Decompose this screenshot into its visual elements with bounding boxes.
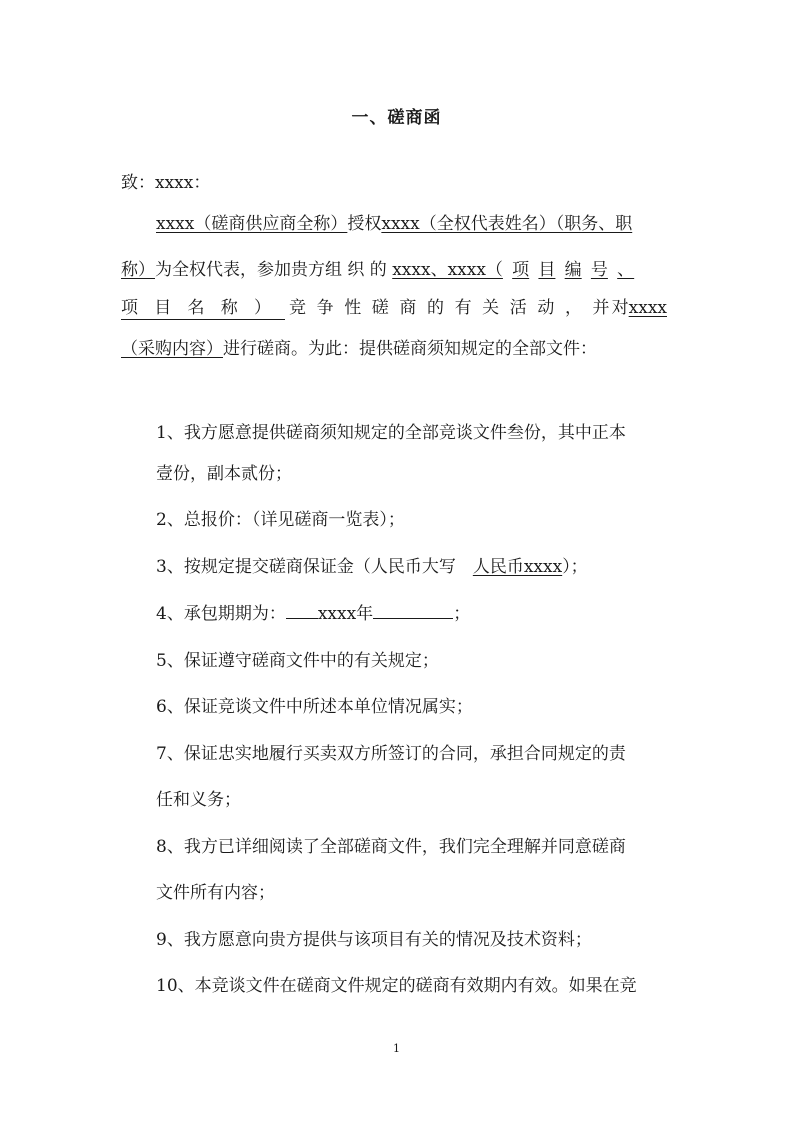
item-10-line-1: 10、本竞谈文件在磋商文件规定的磋商有效期内有效。如果在竞 [156,975,637,997]
intro-text-justified: 竞 争 性 磋 商 的 有 关 活 动 ， 并 [289,297,610,319]
supplier-name-field: xxxx（磋商供应商全称） [156,214,347,234]
item-1-line-1: 1、我方愿意提供磋商须知规定的全部竞谈文件叁份，其中正本 [156,422,626,444]
item-1-line-2: 壹份，副本贰份； [156,463,292,485]
representative-field-end: 称） [121,260,155,280]
item-7-line-2: 任和义务； [156,789,241,811]
project-char: 目 [154,297,171,319]
text-char: 动 [537,297,554,319]
text-char: 商 [399,297,416,319]
intro-line-1: xxxx（磋商供应商全称）授权xxxx（全权代表姓名）（职务、职 [156,213,632,235]
item-4-text: 4、承包期期为： [156,604,286,624]
text-char: 关 [482,297,499,319]
page-number: 1 [0,1042,793,1056]
intro-line-2: 称）为全权代表，参加贵方组 织 的 xxxx、xxxx（项目编号、 [121,259,634,281]
item-3-suffix: ）； [562,557,588,577]
item-2: 2、总报价：（详见磋商一览表）； [156,509,405,531]
intro-text: 进行磋商。为此：提供磋商须知规定的全部文件： [223,339,597,359]
document-title: 一、磋商函 [0,107,793,129]
item-4-suffix: ； [453,604,470,624]
project-char: 号 [591,259,608,281]
item-5: 5、保证遵守磋商文件中的有关规定； [156,650,439,672]
text-char: 的 [427,297,444,319]
item-3: 3、按规定提交磋商保证金（人民币大写__人民币xxxx）； [156,556,588,578]
text-char: 性 [344,297,361,319]
salutation: 致：xxxx： [121,172,210,194]
text-char: 并 [593,297,610,319]
project-char: 项 [121,297,138,319]
project-number-text: xxxx、xxxx（ [392,259,503,281]
project-char: ） [254,297,271,319]
project-char: 名 [188,297,205,319]
text-char: 对 [612,297,629,319]
text-char: 活 [510,297,527,319]
text-char: ， [565,297,582,319]
item-6: 6、保证竞谈文件中所述本单位情况属实； [156,696,473,718]
intro-line-3: 项 目 名 称 ） 竞 争 性 磋 商 的 有 关 活 动 ， 并 对xxxx [121,297,667,320]
procurement-content-field: xxxx [629,297,667,319]
project-number-field: xxxx、xxxx（项目编号、 [392,259,634,281]
project-char: 称 [221,297,238,319]
text-char: 有 [455,297,472,319]
item-4: 4、承包期期为：xxxx年； [156,602,470,625]
text-char: 竞 [289,297,306,319]
item-8-line-2: 文件所有内容； [156,882,275,904]
item-7-line-1: 7、保证忠实地履行买卖双方所签订的合同，承担合同规定的责 [156,743,626,765]
project-name-field: 项 目 名 称 ） [121,297,285,320]
project-char: 编 [565,259,582,281]
period-year: xxxx年 [318,604,373,624]
intro-text: 为全权代表，参加贵方组 织 的 [155,260,392,280]
deposit-blank: __ [456,557,473,577]
project-char: 项 [512,259,529,281]
period-blank-1 [286,602,318,619]
text-char: 争 [317,297,334,319]
project-char: 目 [538,259,555,281]
deposit-amount-field: 人民币xxxx [473,557,562,577]
authorize-text: 授权 [347,214,381,234]
representative-field: xxxx（全权代表姓名）（职务、职 [381,214,632,234]
item-9: 9、我方愿意向贵方提供与该项目有关的情况及技术资料； [156,929,592,951]
item-8-line-1: 8、我方已详细阅读了全部磋商文件，我们完全理解并同意磋商 [156,836,626,858]
item-3-text: 3、按规定提交磋商保证金（人民币大写 [156,557,456,577]
period-blank-2 [373,602,453,619]
intro-line-4: （采购内容）进行磋商。为此：提供磋商须知规定的全部文件： [121,338,597,360]
project-char: 、 [617,259,634,281]
procurement-content-field-end: （采购内容） [121,339,223,359]
text-char: 磋 [372,297,389,319]
